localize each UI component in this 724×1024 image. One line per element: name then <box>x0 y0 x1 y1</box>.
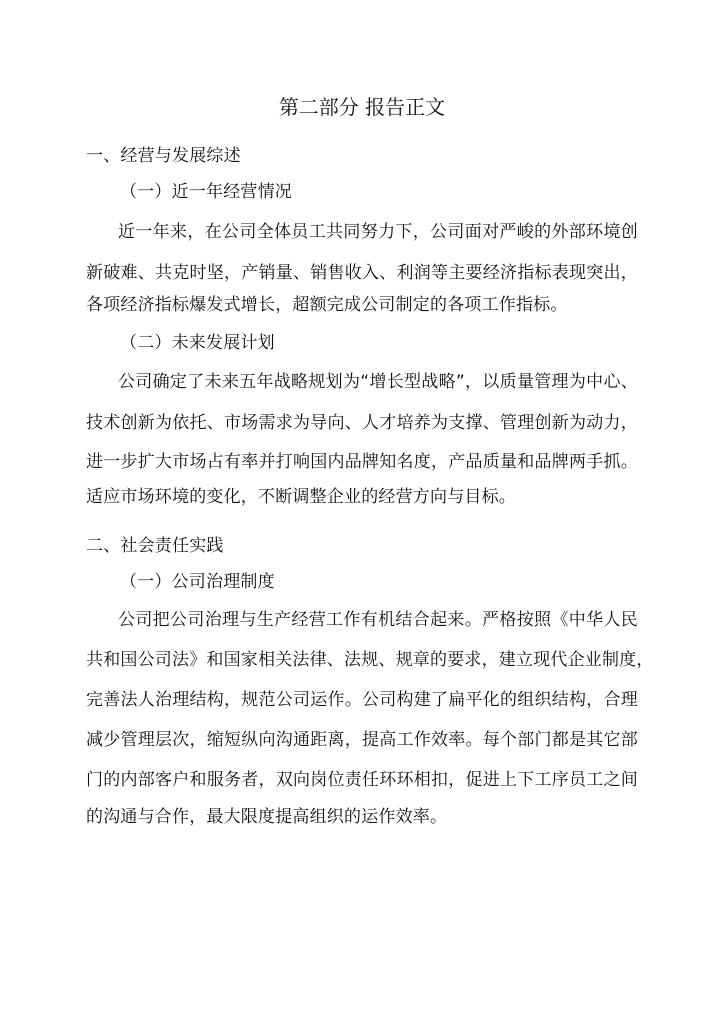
paragraph-line: 近一年来，在公司全体员工共同努力下，公司面对严峻的外部环境创 <box>118 220 638 244</box>
paragraph-line: 公司把公司治理与生产经营工作有机结合起来。严格按照《中华人民 <box>118 608 638 632</box>
subsection-heading: （二）未来发展计划 <box>120 331 275 355</box>
section-heading: 二、社会责任实践 <box>86 534 224 558</box>
paragraph-line: 公司确定了未来五年战略规划为“增长型战略”，以质量管理为中心、 <box>118 370 638 394</box>
paragraph-line: 技术创新为依托、市场需求为导向、人才培养为支撑、管理创新为动力， <box>86 411 638 435</box>
paragraph-line: 各项经济指标爆发式增长，超额完成公司制定的各项工作指标。 <box>86 293 568 317</box>
paragraph-line: 适应市场环境的变化，不断调整企业的经营方向与目标。 <box>86 485 516 509</box>
paragraph-line: 新破难、共克时坚，产销量、销售收入、利润等主要经济指标表现突出， <box>86 261 638 285</box>
paragraph-line: 门的内部客户和服务者，双向岗位责任环环相扣，促进上下工序员工之间 <box>86 768 638 792</box>
paragraph-line: 进一步扩大市场占有率并打响国内品牌知名度，产品质量和品牌两手抓。 <box>86 450 638 474</box>
paragraph-line: 完善法人治理结构，规范公司运作。公司构建了扁平化的组织结构，合理 <box>86 688 638 712</box>
subsection-heading: （一）近一年经营情况 <box>120 180 292 204</box>
subsection-heading: （一）公司治理制度 <box>120 570 275 594</box>
paragraph-line: 的沟通与合作，最大限度提高组织的运作效率。 <box>86 805 447 829</box>
paragraph-line: 共和国公司法》和国家相关法律、法规、规章的要求，建立现代企业制度， <box>86 648 638 672</box>
page-title: 第二部分 报告正文 <box>0 94 724 120</box>
section-heading: 一、经营与发展综述 <box>86 144 241 168</box>
paragraph-line: 减少管理层次，缩短纵向沟通距离，提高工作效率。每个部门都是其它部 <box>86 728 638 752</box>
